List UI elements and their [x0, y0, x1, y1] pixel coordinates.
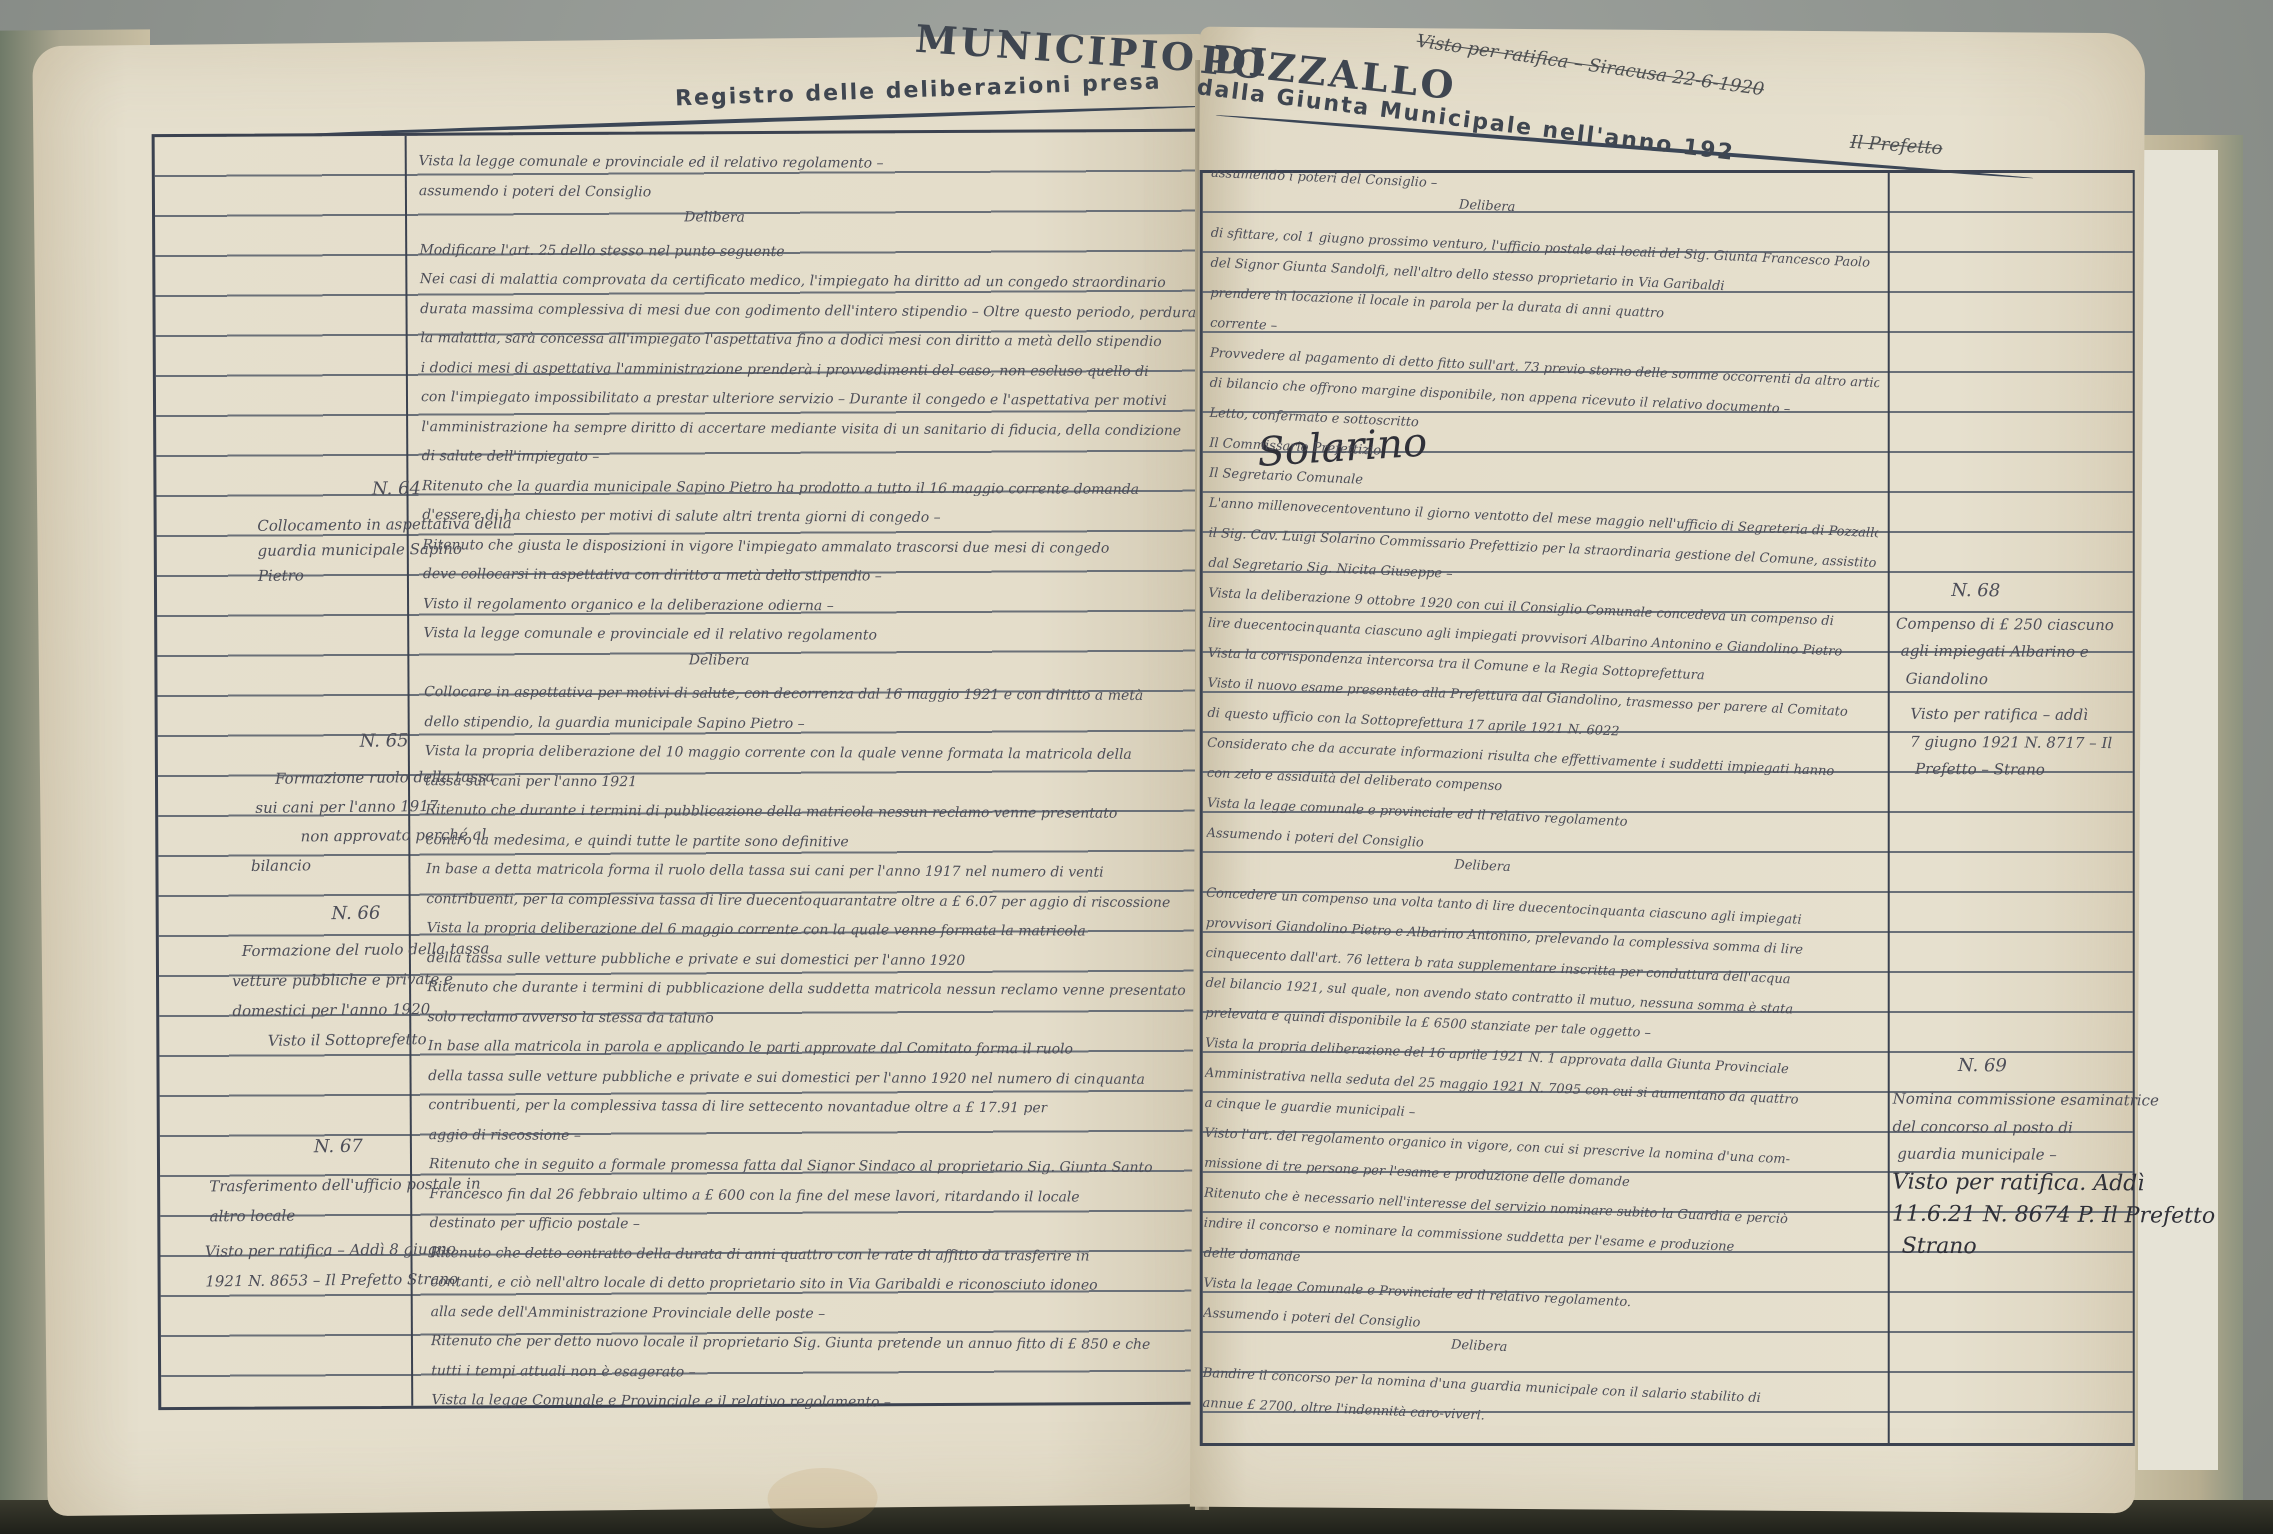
entry-subject: vetture pubbliche e private e [232, 972, 453, 989]
section-heading-delibera: Delibera [1451, 1339, 1508, 1355]
entry-subject: agli impiegati Albarino e [1901, 644, 2089, 660]
body-line: Visto il regolamento organico e la delib… [423, 597, 834, 613]
section-heading-delibera: Delibera [684, 210, 745, 224]
entry-subject: Giandolino [1906, 672, 1988, 688]
body-line: Vista la legge Comunale e Provinciale e … [431, 1393, 890, 1409]
section-heading-delibera: Delibera [1454, 859, 1511, 875]
section-heading-delibera: Delibera [1459, 199, 1516, 215]
ratification-note: Visto per ratifica. Addì [1892, 1172, 2144, 1196]
body-line: Vista la legge comunale e provinciale ed… [423, 626, 877, 642]
section-heading-delibera: Delibera [689, 653, 750, 667]
body-line: di salute dell'impiegato – [422, 449, 600, 464]
body-line: Modificare l'art. 25 dello stesso nel pu… [419, 243, 784, 259]
entry-subject: domestici per l'anno 1920 [232, 1002, 430, 1019]
ratification-note: Strano [1902, 1236, 1977, 1259]
body-line: Ritenuto che detto contratto della durat… [430, 1246, 1090, 1263]
body-line: tassa sui cani per l'anno 1921 [425, 774, 637, 789]
entry-subject: sui cani per l'anno 1917 [255, 799, 438, 816]
body-line: contro la medesima, e quindi tutte le pa… [426, 833, 849, 849]
entry-number: N. 67 [314, 1138, 363, 1157]
entry-number: N. 64 [372, 480, 421, 499]
entry-subject: bilancio [251, 858, 311, 874]
body-line: dello stipendio, la guardia municipale S… [424, 715, 804, 731]
body-line: Vista la legge comunale e provinciale ed… [419, 154, 884, 170]
entry-subject: del concorso al posto di [1892, 1120, 2072, 1136]
entry-number: N. 68 [1951, 582, 2000, 600]
body-line: tutti i tempi attuali non è esagerato – [431, 1364, 696, 1379]
entry-number: N. 66 [331, 905, 380, 924]
endpaper-right [2138, 150, 2218, 1470]
body-line: Francesco fin dal 26 febbraio ultimo a £… [429, 1187, 1079, 1204]
body-line: d'essere di ha chiesto per motivi di sal… [422, 508, 940, 525]
body-line: deve collocarsi in aspettativa con dirit… [423, 567, 882, 583]
register-page-right: N. 68 Compenso di £ 250 ciascuno agli im… [1190, 27, 2145, 1514]
register-page-left: N. 64 Collocamento in aspettativa della … [32, 34, 1222, 1516]
body-line: destinato per ufficio postale – [430, 1216, 640, 1231]
entry-subject: Compenso di £ 250 ciascuno [1896, 617, 2114, 634]
body-line: assumendo i poteri del Consiglio [419, 184, 651, 199]
body-line: della tassa sulle vetture pubbliche e pr… [427, 951, 965, 968]
entry-number: N. 65 [360, 732, 409, 751]
entry-subject: 1921 N. 8653 – Il Prefetto Strano [205, 1272, 458, 1290]
entry-subject: 7 giugno 1921 N. 8717 – Il [1910, 735, 2112, 751]
body-line: solo reclamo avverso la stessa da taluno [427, 1010, 713, 1025]
entry-subject: Nomina commissione esaminatrice [1893, 1092, 2159, 1109]
ratification-note: 11.6.21 N. 8674 P. Il Prefetto [1892, 1204, 2215, 1228]
entry-subject: Prefetto – Strano [1915, 762, 2045, 778]
entry-subject: altro locale [210, 1209, 296, 1225]
body-line: aggio di riscossione – [429, 1128, 581, 1143]
entry-subject: Visto per ratifica – addì [1910, 707, 2088, 723]
entry-subject: Pietro [258, 568, 304, 583]
entry-subject: Visto per ratifica – Addì 8 giugno [205, 1242, 456, 1260]
column-divider-right [1888, 173, 1890, 1443]
body-line: alla sede dell'Amministrazione Provincia… [431, 1305, 826, 1321]
entry-number: N. 69 [1958, 1057, 2007, 1075]
body-line: Ritenuto che giusta le disposizioni in v… [423, 538, 1110, 556]
entry-subject: guardia municipale – [1897, 1147, 2057, 1163]
entry-subject: Visto il Sottoprefetto [268, 1032, 427, 1049]
